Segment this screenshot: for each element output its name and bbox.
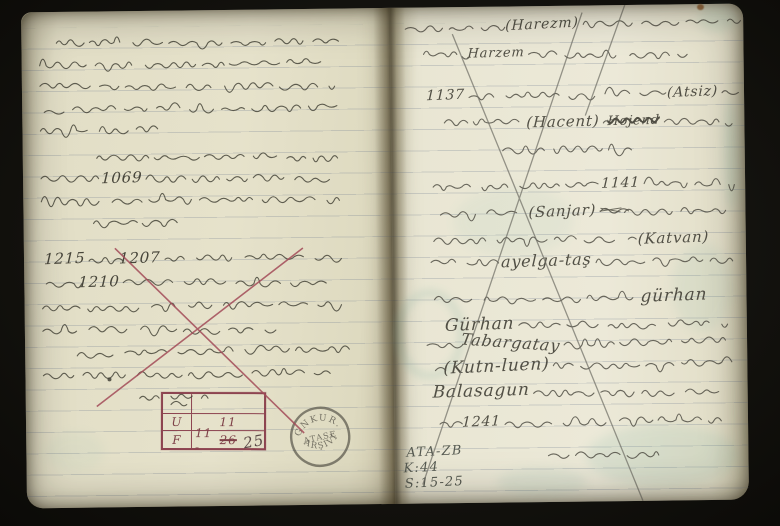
handwriting-line	[95, 146, 335, 165]
handwriting-scribble	[720, 83, 734, 99]
handwriting-line: Balasagun	[431, 381, 713, 399]
annotation-year-1137: 1137	[424, 86, 467, 104]
handwriting-scribble	[144, 168, 335, 185]
handwriting-scribble	[432, 230, 636, 248]
archive-ref-pages: S:15-25	[404, 474, 464, 492]
annotation-year-1069: 1069	[99, 168, 145, 187]
handwriting-scribble	[642, 174, 731, 191]
handwriting-scribble	[551, 353, 733, 373]
handwriting-line: (Hacent)Hojend	[442, 112, 732, 129]
handwriting-scribble	[44, 273, 76, 289]
handwriting-line: gürhan	[432, 286, 744, 306]
annotation-year-1215: 1215	[42, 248, 88, 268]
handwriting-scribble	[532, 382, 713, 399]
archive-ref-fond: ATA-ZB	[406, 443, 463, 461]
handwriting-scribble	[138, 387, 210, 404]
annotation-year-1141: 1141	[599, 174, 642, 192]
handwriting-line	[54, 31, 334, 50]
handwriting-line: ayelga-taş	[429, 250, 743, 270]
handwriting-scribble	[442, 113, 524, 129]
handwriting-scribble	[41, 320, 277, 337]
handwriting-line	[39, 189, 337, 208]
annotation-sanjar: (Sanjar)	[526, 200, 598, 221]
annotation-hacent: (Hacent)	[524, 111, 602, 131]
handwriting-scribble	[87, 250, 117, 266]
annotation-katvan: (Katvan)	[635, 227, 711, 248]
handwriting-line: Harzem	[422, 45, 684, 62]
annotation-gurhan: gürhan	[638, 284, 709, 307]
handwriting-scribble	[38, 119, 156, 137]
handwriting-line: 1210	[44, 272, 338, 290]
annotation-atsiz: (Atsiz)	[665, 82, 721, 100]
annotation-ayelga-tas: ayelga-taş	[499, 249, 594, 271]
annotation-year-1207: 1207	[117, 248, 163, 268]
table-label-u: U	[163, 414, 192, 430]
handwriting-scribble	[95, 147, 335, 165]
scan-background: U 11 F 11 - 26 25 GNKUR. ATASE	[0, 0, 780, 526]
handwriting-scribble	[41, 363, 331, 381]
annotation-harezm: (Harezm)	[503, 14, 581, 34]
annotation-harzem: Harzem	[465, 45, 527, 61]
table-value-f: 11 - 26 25	[192, 431, 264, 448]
notebook-spread: U 11 F 11 - 26 25 GNKUR. ATASE	[21, 4, 749, 509]
handwriting-line: (Katvan)	[432, 228, 740, 248]
table-value-prefix: 11 -	[195, 426, 217, 454]
archive-ref-folder: K:44	[403, 460, 439, 477]
handwriting-scribble	[431, 175, 599, 193]
handwriting-scribble	[546, 445, 656, 463]
handwriting-scribble	[622, 199, 733, 217]
annotation-balasagun: Balasagun	[430, 379, 532, 402]
handwriting-scribble	[38, 76, 336, 93]
handwriting-line	[38, 76, 336, 94]
table-label-f: F	[163, 431, 192, 448]
annotation-hojend-struck: Hojend	[605, 113, 662, 129]
annotation-year-1241: 1241	[460, 413, 503, 431]
handwriting-scribble	[467, 84, 665, 103]
handwriting-scribble	[527, 45, 684, 61]
handwriting-scribble	[438, 203, 526, 221]
handwriting-scribble	[39, 169, 99, 185]
handwriting-line	[38, 119, 156, 138]
annotation-year-1210: 1210	[76, 272, 122, 291]
handwriting-scribble	[403, 17, 503, 36]
handwriting-scribble	[39, 190, 337, 208]
handwriting-scribble	[433, 359, 441, 375]
handwriting-line	[41, 319, 277, 337]
table-row: F 11 - 26 25	[163, 430, 264, 448]
handwriting-scribble	[54, 32, 334, 50]
handwriting-scribble	[594, 251, 744, 268]
handwriting-scribble	[516, 313, 727, 331]
handwriting-scribble	[432, 287, 638, 305]
handwriting-scribble	[163, 248, 338, 266]
handwriting-scribble	[580, 11, 735, 31]
handwriting-line	[501, 140, 631, 158]
handwriting-scribble	[429, 253, 499, 270]
handwriting-scribble	[501, 140, 631, 157]
table-value-struck: 26	[220, 433, 237, 447]
rust-speck	[697, 4, 704, 10]
handwriting-line: 1069	[39, 168, 335, 186]
handwriting-line	[41, 363, 331, 382]
handwriting-scribbled-out-word	[598, 201, 622, 217]
handwriting-line: 12151207	[42, 247, 338, 267]
handwriting-scribble	[91, 212, 187, 230]
handwriting-line	[546, 444, 656, 463]
handwriting-scribble	[562, 330, 725, 349]
handwriting-scribble	[438, 414, 460, 430]
handwriting-scribble	[662, 113, 733, 129]
table-value-corrected: 25	[242, 430, 266, 451]
annotation-kutn-luen: (Kutn-luen)	[441, 353, 552, 378]
handwriting-line: 1141	[431, 173, 731, 193]
handwriting-line	[91, 212, 187, 231]
handwriting-line	[138, 386, 210, 404]
handwriting-scribble	[503, 410, 718, 429]
handwriting-scribble	[122, 272, 339, 289]
annotation-tabargatay: Tabargatay	[458, 329, 564, 355]
handwriting-scribble	[425, 335, 459, 352]
handwriting-scribble	[422, 45, 466, 61]
